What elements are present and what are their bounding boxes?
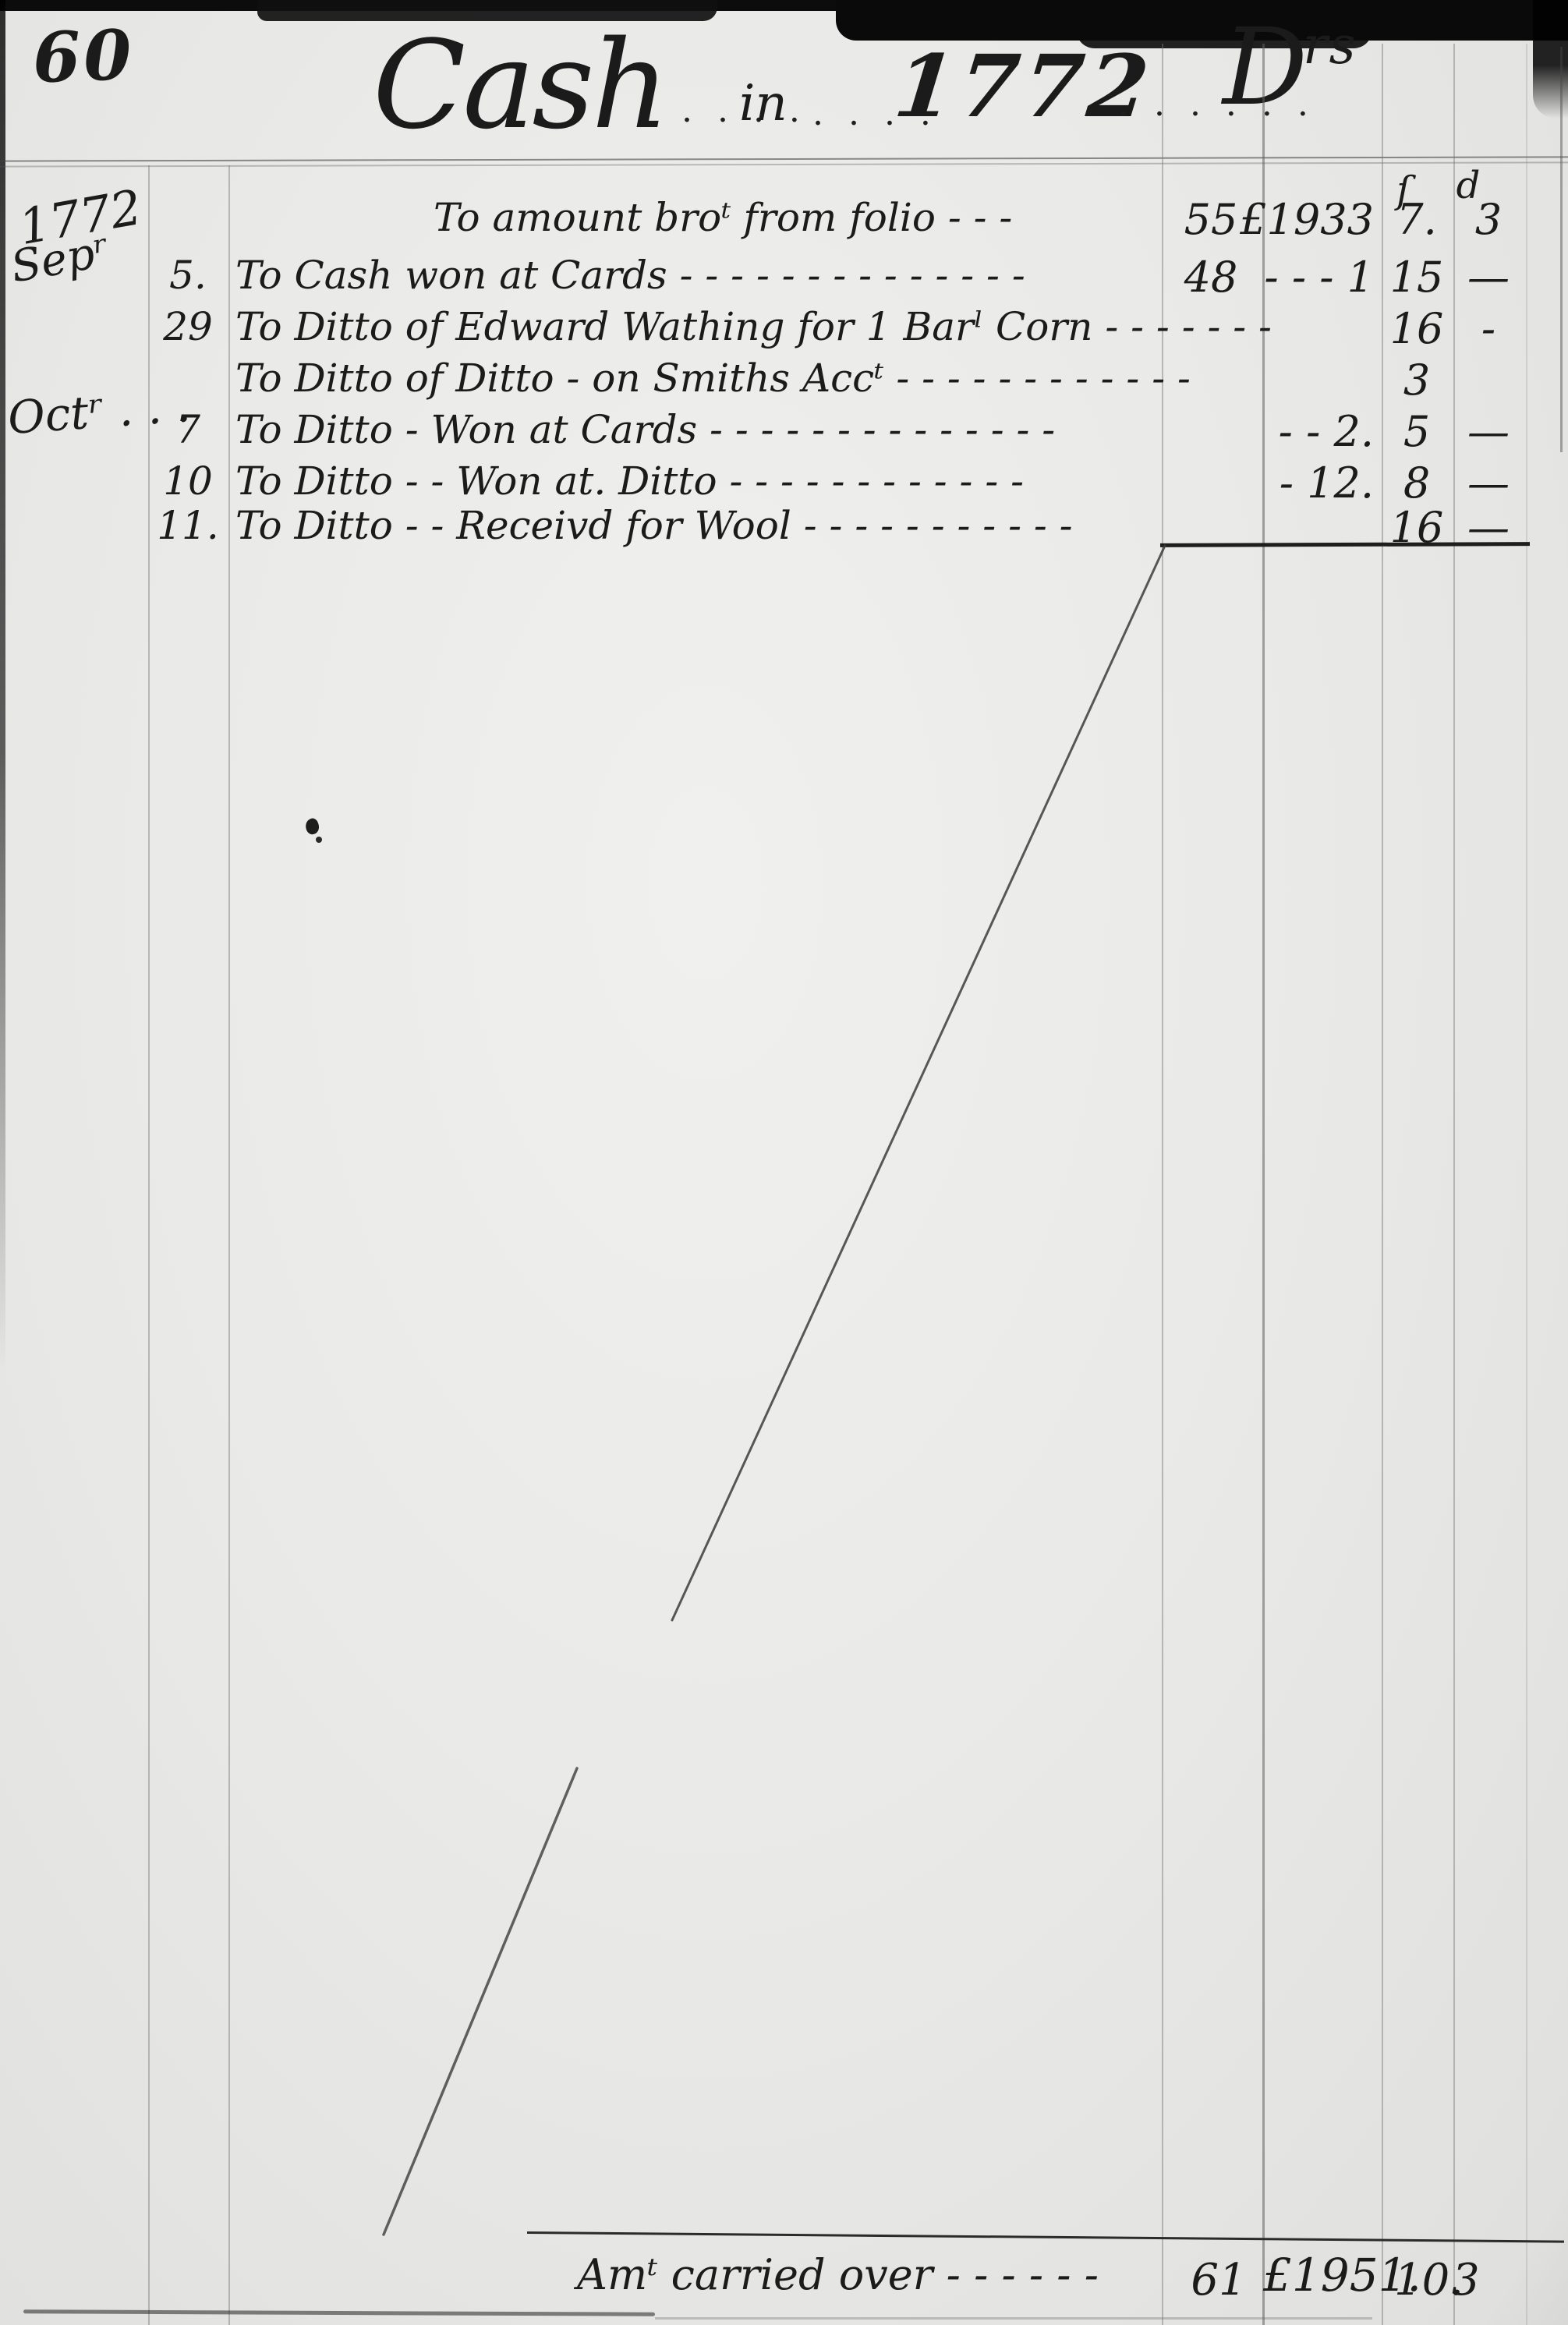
- carried-over-folio: 61: [1184, 2255, 1254, 2306]
- ledger-page: 60 Cash . . . . in . . . . 1772 . . . . …: [0, 0, 1568, 2325]
- ink-speck: [316, 837, 322, 843]
- bottom-edge-smudge-faint: [655, 2317, 1372, 2320]
- void-diagonal-strokes: [0, 0, 1568, 2325]
- carried-over-pence: 3: [1452, 2255, 1480, 2306]
- carried-over-label: Amᵗ carried over - - - - - -: [577, 2250, 1099, 2299]
